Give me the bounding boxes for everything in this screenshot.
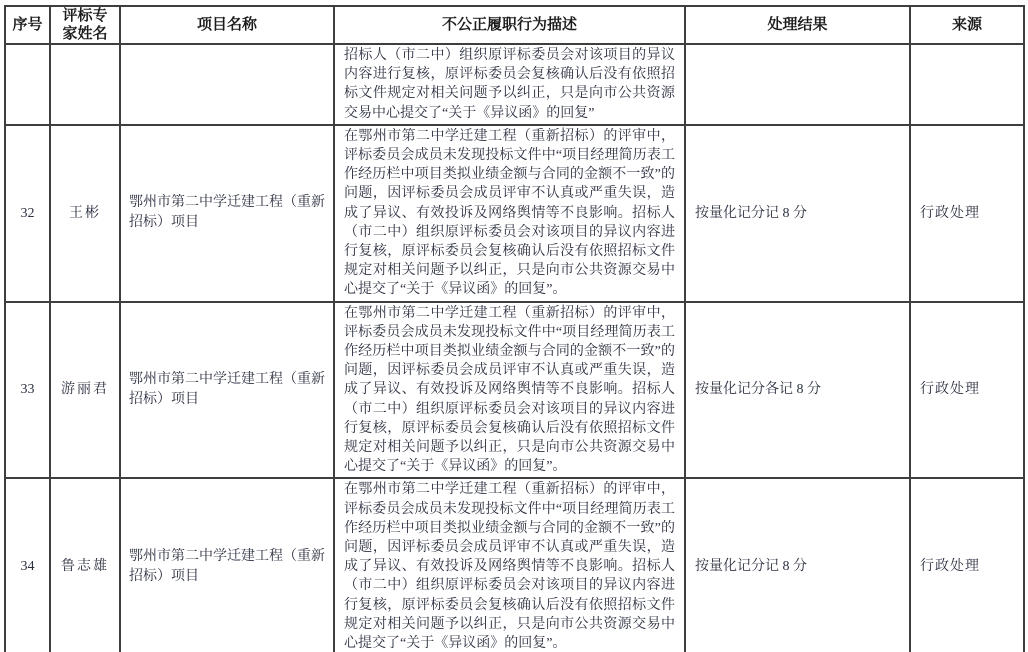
cell-result: 按量化记分记 8 分 [685, 478, 910, 652]
table-header: 序号 评标专家姓名 项目名称 不公正履职行为描述 处理结果 来源 [5, 6, 1024, 44]
cell-project-name: 鄂州市第二中学迁建工程（重新招标）项目 [120, 125, 334, 302]
cell-description: 在鄂州市第二中学迁建工程（重新招标）的评审中，评标委员会成员未发现投标文件中“项… [334, 478, 685, 652]
table-row-34: 34 鲁志雄 鄂州市第二中学迁建工程（重新招标）项目 在鄂州市第二中学迁建工程（… [5, 478, 1024, 652]
cell-expert-name [50, 44, 120, 125]
cell-index [5, 44, 50, 125]
cell-project-name: 鄂州市第二中学迁建工程（重新招标）项目 [120, 478, 334, 652]
cell-project-name [120, 44, 334, 125]
cell-expert-name: 游丽君 [50, 302, 120, 479]
cell-result [685, 44, 910, 125]
cell-result: 按量化记分记 8 分 [685, 125, 910, 302]
table-row-32: 32 王彬 鄂州市第二中学迁建工程（重新招标）项目 在鄂州市第二中学迁建工程（重… [5, 125, 1024, 302]
cell-index: 32 [5, 125, 50, 302]
cell-index: 34 [5, 478, 50, 652]
header-row: 序号 评标专家姓名 项目名称 不公正履职行为描述 处理结果 来源 [5, 6, 1024, 44]
cell-expert-name: 王彬 [50, 125, 120, 302]
cell-index: 33 [5, 302, 50, 479]
table-row-33: 33 游丽君 鄂州市第二中学迁建工程（重新招标）项目 在鄂州市第二中学迁建工程（… [5, 302, 1024, 479]
cell-expert-name: 鲁志雄 [50, 478, 120, 652]
col-header-source: 来源 [910, 6, 1024, 44]
col-header-expert-name: 评标专家姓名 [50, 6, 120, 44]
cell-result: 按量化记分各记 8 分 [685, 302, 910, 479]
document-page: 序号 评标专家姓名 项目名称 不公正履职行为描述 处理结果 来源 招标人（市二中… [0, 0, 1028, 652]
col-header-index: 序号 [5, 6, 50, 44]
col-header-result: 处理结果 [685, 6, 910, 44]
table-row-continuation: 招标人（市二中）组织原评标委员会对该项目的异议内容进行复核，原评标委员会复核确认… [5, 44, 1024, 125]
cell-source: 行政处理 [910, 302, 1024, 479]
table-body: 招标人（市二中）组织原评标委员会对该项目的异议内容进行复核，原评标委员会复核确认… [5, 44, 1024, 652]
cell-source [910, 44, 1024, 125]
cell-project-name: 鄂州市第二中学迁建工程（重新招标）项目 [120, 302, 334, 479]
col-header-description: 不公正履职行为描述 [334, 6, 685, 44]
experts-discipline-table: 序号 评标专家姓名 项目名称 不公正履职行为描述 处理结果 来源 招标人（市二中… [4, 5, 1025, 652]
col-header-project-name: 项目名称 [120, 6, 334, 44]
cell-source: 行政处理 [910, 478, 1024, 652]
cell-description: 在鄂州市第二中学迁建工程（重新招标）的评审中，评标委员会成员未发现投标文件中“项… [334, 125, 685, 302]
cell-source: 行政处理 [910, 125, 1024, 302]
cell-description: 招标人（市二中）组织原评标委员会对该项目的异议内容进行复核，原评标委员会复核确认… [334, 44, 685, 125]
cell-description: 在鄂州市第二中学迁建工程（重新招标）的评审中，评标委员会成员未发现投标文件中“项… [334, 302, 685, 479]
